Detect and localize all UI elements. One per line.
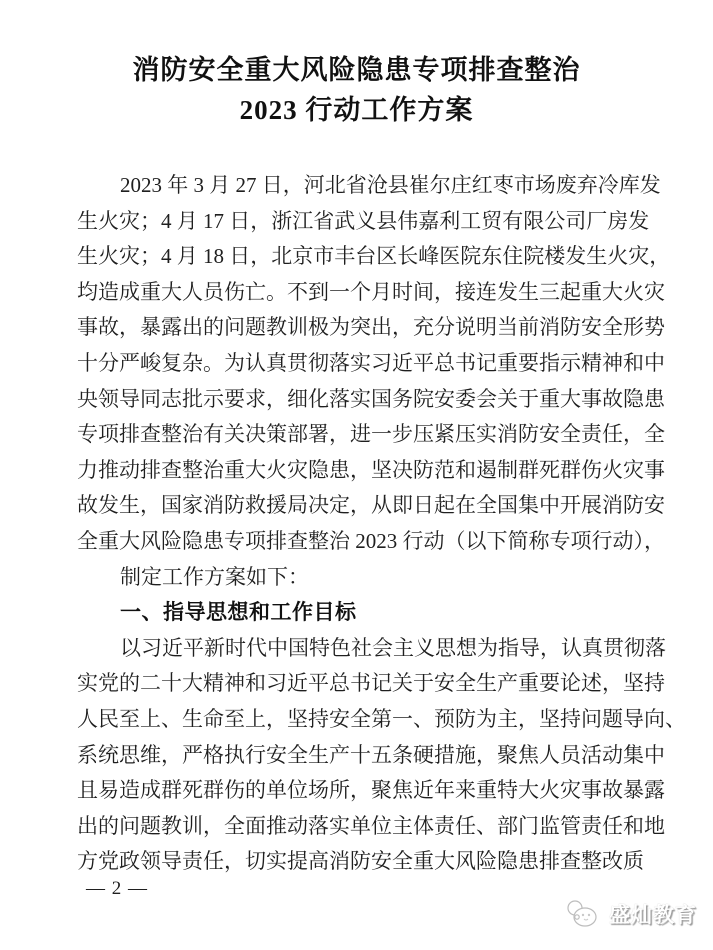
body-line: 且易造成群死群伤的单位场所，聚焦近年来重特大火灾事故暴露 <box>77 773 640 809</box>
body-line: 央领导同志批示要求，细化落实国务院安委会关于重大事故隐患 <box>77 382 640 418</box>
body-line: 系统思维，严格执行安全生产十五条硬措施，聚焦人员活动集中 <box>77 738 640 774</box>
watermark: 盛灿教育 <box>564 898 697 930</box>
document-page: 消防安全重大风险隐患专项排查整治 2023 行动工作方案 2023 年 3 月 … <box>0 0 713 950</box>
body-line: 故发生，国家消防救援局决定，从即日起在全国集中开展消防安 <box>77 488 640 524</box>
document-title: 消防安全重大风险隐患专项排查整治 2023 行动工作方案 <box>0 50 713 130</box>
body-line: 人民至上、生命至上，坚持安全第一、预防为主，坚持问题导向、 <box>77 702 640 738</box>
body-line: 力推动排查整治重大火灾隐患，坚决防范和遏制群死群伤火灾事 <box>77 453 640 489</box>
body-line: 生火灾；4 月 17 日，浙江省武义县伟嘉利工贸有限公司厂房发 <box>77 204 640 240</box>
body-line: 生火灾；4 月 18 日，北京市丰台区长峰医院东住院楼发生火灾， <box>77 239 640 275</box>
document-title-line2: 2023 行动工作方案 <box>0 90 713 130</box>
body-line: 出的问题教训，全面推动落实单位主体责任、部门监管责任和地 <box>77 809 640 845</box>
body-line: 十分严峻复杂。为认真贯彻落实习近平总书记重要指示精神和中 <box>77 346 640 382</box>
body-line: 以习近平新时代中国特色社会主义思想为指导，认真贯彻落 <box>77 631 640 667</box>
section-heading: 一、指导思想和工作目标 <box>77 595 640 631</box>
body-line: 全重大风险隐患专项排查整治 2023 行动（以下简称专项行动）， <box>77 524 640 560</box>
page-number: — 2 — <box>86 876 148 902</box>
body-line: 均造成重大人员伤亡。不到一个月时间，接连发生三起重大火灾 <box>77 275 640 311</box>
body-line: 专项排查整治有关决策部署，进一步压紧压实消防安全责任，全 <box>77 417 640 453</box>
body-line: 2023 年 3 月 27 日，河北省沧县崔尔庄红枣市场废弃冷库发 <box>77 168 640 204</box>
shengcan-logo-icon <box>564 898 604 930</box>
body-line: 方党政领导责任，切实提高消防安全重大风险隐患排查整改质 <box>77 844 640 880</box>
watermark-text: 盛灿教育 <box>609 899 697 929</box>
body-line: 制定工作方案如下： <box>77 560 640 596</box>
document-title-line1: 消防安全重大风险隐患专项排查整治 <box>0 50 713 90</box>
body-line: 事故，暴露出的问题教训极为突出，充分说明当前消防安全形势 <box>77 310 640 346</box>
document-body: 2023 年 3 月 27 日，河北省沧县崔尔庄红枣市场废弃冷库发 生火灾；4 … <box>77 168 640 880</box>
body-line: 实党的二十大精神和习近平总书记关于安全生产重要论述，坚持 <box>77 666 640 702</box>
